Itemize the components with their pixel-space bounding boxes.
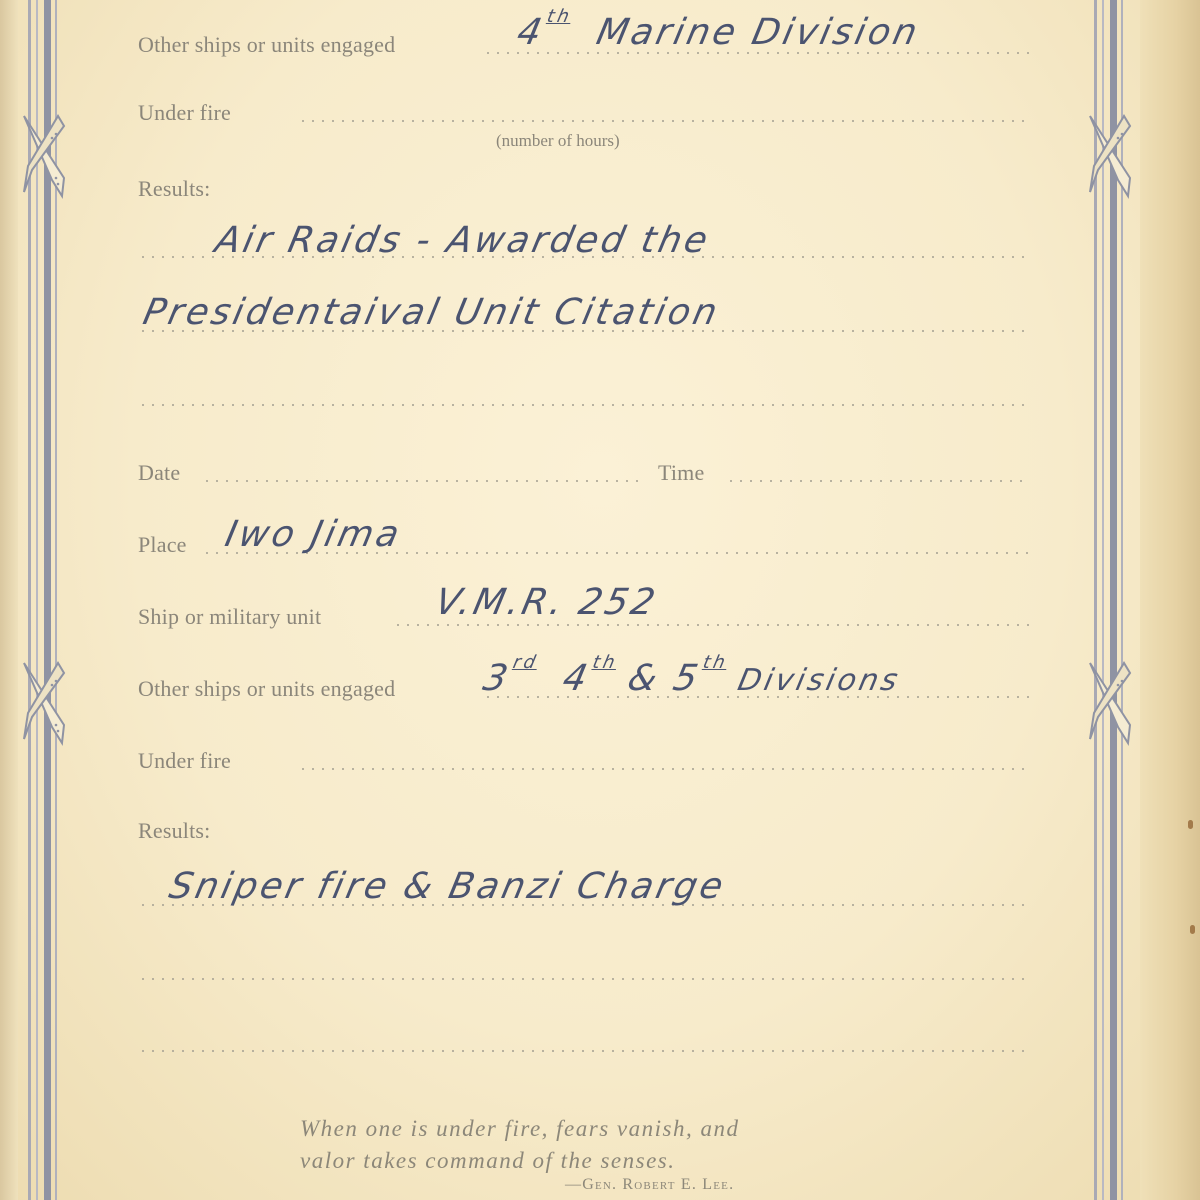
ribbon-knot-icon <box>1084 108 1136 204</box>
dotted-line <box>138 404 1030 406</box>
top-other-units-value: 4th Marine Division <box>514 12 924 53</box>
top-other-units-label: Other ships or units engaged <box>138 32 395 58</box>
bottom-under-fire-field[interactable]: Under fire <box>138 740 1030 780</box>
spine-shadow <box>0 0 18 1200</box>
date-field[interactable] <box>202 480 642 482</box>
place-value: Iwo Jima <box>222 514 406 555</box>
footer-quote: When one is under fire, fears vanish, an… <box>300 1113 900 1177</box>
stain-mark <box>1190 925 1195 934</box>
quote-line-2: valor takes command of the senses. <box>300 1145 900 1177</box>
dotted-line <box>393 624 1030 626</box>
quote-line-1: When one is under fire, fears vanish, an… <box>300 1113 900 1145</box>
bottom-results-line-1[interactable]: Sniper fire & Banzi Charge <box>138 876 1030 916</box>
stain-mark <box>1188 820 1193 829</box>
bottom-results-label-row: Results: <box>138 810 1030 850</box>
top-results-label: Results: <box>138 176 211 202</box>
bottom-results-line-3[interactable] <box>138 1022 1030 1062</box>
bottom-results-text-1: Sniper fire & Banzi Charge <box>166 866 730 907</box>
top-under-fire-field[interactable]: Under fire <box>138 92 1030 132</box>
bottom-other-units-label: Other ships or units engaged <box>138 676 395 702</box>
dotted-line <box>138 1050 1030 1052</box>
quote-attribution: —Gen. Robert E. Lee. <box>565 1176 734 1194</box>
right-ornamental-border <box>1088 0 1132 1200</box>
bottom-other-units-value: 3rd 4th & 5th Divisions <box>480 658 905 699</box>
bottom-under-fire-label: Under fire <box>138 748 231 774</box>
bottom-results-label: Results: <box>138 818 211 844</box>
top-results-line-1[interactable]: Air Raids - Awarded the <box>138 228 1030 268</box>
time-field[interactable] <box>726 480 1030 482</box>
ribbon-knot-icon <box>1084 655 1136 751</box>
unit-field[interactable]: Ship or military unit V.M.R. 252 <box>138 596 1030 636</box>
dotted-line <box>298 120 1030 122</box>
unit-value: V.M.R. 252 <box>432 582 662 623</box>
top-results-line-3[interactable] <box>138 376 1030 416</box>
time-label: Time <box>658 460 704 486</box>
ribbon-knot-icon <box>18 655 70 751</box>
place-label: Place <box>138 532 187 558</box>
date-label: Date <box>138 460 180 486</box>
top-under-fire-label: Under fire <box>138 100 231 126</box>
dotted-line <box>298 768 1030 770</box>
left-ornamental-border <box>22 0 66 1200</box>
date-time-row: Date Time <box>138 452 1030 492</box>
top-results-text-2: Presidentaival Unit Citation <box>140 292 724 333</box>
hours-hint: (number of hours) <box>496 131 620 151</box>
dotted-line <box>138 978 1030 980</box>
bottom-results-line-2[interactable] <box>138 950 1030 990</box>
bottom-other-units-field[interactable]: Other ships or units engaged 3rd 4th & 5… <box>138 668 1030 708</box>
page-edge <box>1140 0 1200 1200</box>
top-results-line-2[interactable]: Presidentaival Unit Citation <box>138 302 1030 342</box>
place-field[interactable]: Place Iwo Jima <box>138 524 1030 564</box>
top-results-label-row: Results: <box>138 168 1030 208</box>
ribbon-knot-icon <box>18 108 70 204</box>
top-other-units-field[interactable]: Other ships or units engaged 4th Marine … <box>138 24 1030 64</box>
top-results-text-1: Air Raids - Awarded the <box>212 220 714 261</box>
unit-label: Ship or military unit <box>138 604 321 630</box>
